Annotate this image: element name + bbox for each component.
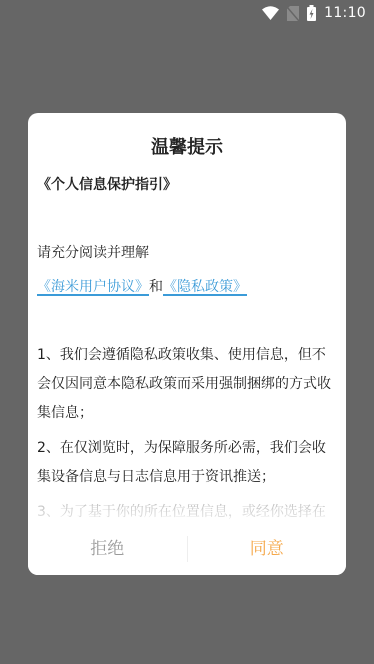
read-prompt: 请充分阅读并理解 bbox=[37, 243, 337, 263]
conjunction-text: 和 bbox=[149, 279, 163, 295]
dialog-content-scroll[interactable]: 《个人信息保护指引》 请充分阅读并理解 《海米用户协议》和《隐私政策》 1、我们… bbox=[28, 175, 346, 527]
wifi-icon bbox=[262, 6, 279, 20]
guide-title: 《个人信息保护指引》 bbox=[37, 175, 337, 195]
clock: 11:10 bbox=[324, 5, 366, 21]
dialog-title: 温馨提示 bbox=[28, 133, 346, 159]
status-bar: 11:10 bbox=[0, 0, 374, 26]
privacy-policy-link[interactable]: 《隐私政策》 bbox=[163, 279, 247, 295]
agreement-links: 《海米用户协议》和《隐私政策》 bbox=[37, 277, 337, 297]
no-sim-icon bbox=[287, 6, 299, 21]
battery-charging-icon bbox=[307, 5, 316, 21]
user-agreement-link[interactable]: 《海米用户协议》 bbox=[37, 279, 149, 295]
reject-button[interactable]: 拒绝 bbox=[28, 523, 187, 575]
policy-paragraph-2: 2、在仅浏览时，为保障服务所必需，我们会收集设备信息与日志信息用于资讯推送； bbox=[37, 434, 337, 492]
agree-button[interactable]: 同意 bbox=[188, 523, 347, 575]
dialog-actions: 拒绝 同意 bbox=[28, 523, 346, 575]
policy-paragraph-1: 1、我们会遵循隐私政策收集、使用信息，但不会仅因同意本隐私政策而采用强制捆绑的方… bbox=[37, 341, 337, 428]
privacy-dialog: 温馨提示 《个人信息保护指引》 请充分阅读并理解 《海米用户协议》和《隐私政策》… bbox=[28, 113, 346, 575]
